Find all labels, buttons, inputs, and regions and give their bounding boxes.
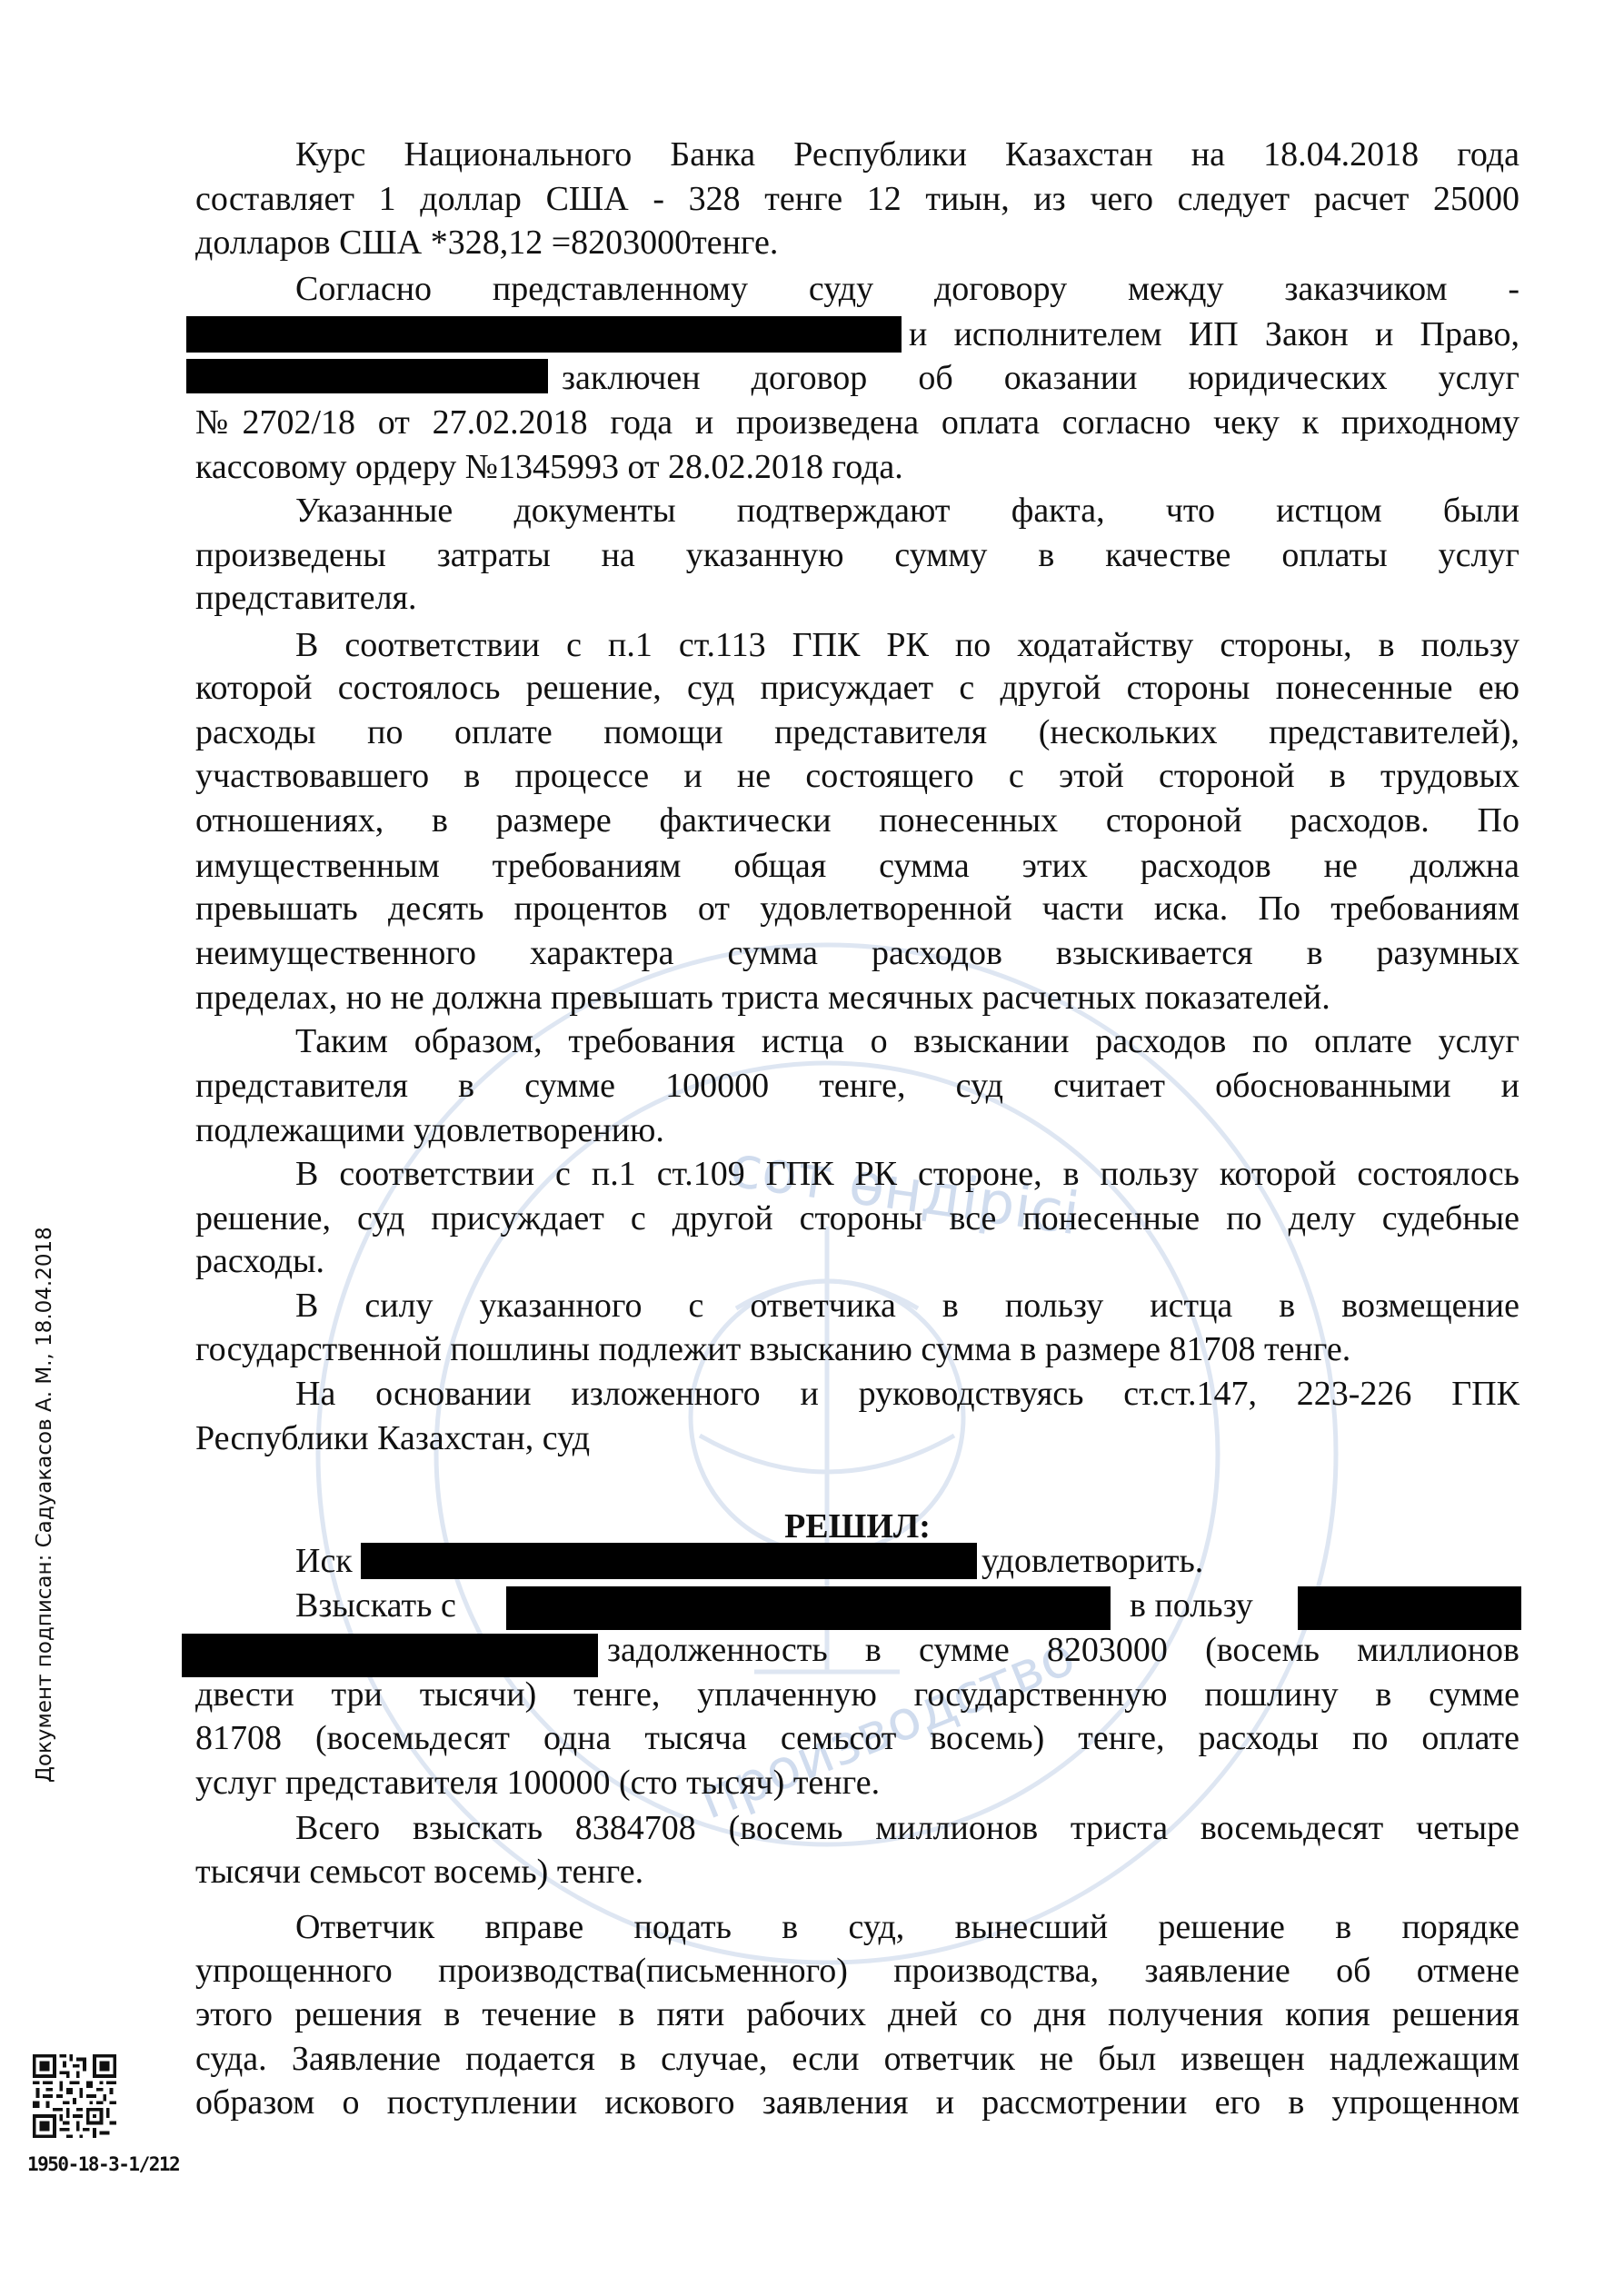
text-line: имущественным требованиям общая сумма эт… [195, 844, 1519, 888]
text-line: заключен договор об оказании юридических… [562, 356, 1519, 400]
text-line: В соответствии с п.1 ст.113 ГПК РК по хо… [295, 623, 1519, 667]
text-line: кассовому ордеру №1345993 от 28.02.2018 … [195, 445, 1519, 489]
text-line: Республики Казахстан, суд [195, 1416, 1519, 1460]
text-line: Курс Национального Банка Республики Каза… [295, 133, 1519, 176]
text-line: превышать десять процентов от удовлетвор… [195, 887, 1519, 930]
text-line: задолженность в сумме 8203000 (восемь ми… [607, 1628, 1519, 1672]
text-line: отношениях, в размере фактически понесен… [195, 799, 1519, 842]
text-line: Ответчик вправе подать в суд, вынесший р… [295, 1905, 1519, 1949]
text-line: представителя в сумме 100000 тенге, суд … [195, 1064, 1519, 1108]
text-line: Всего взыскать 8384708 (восемь миллионов… [295, 1806, 1519, 1850]
text-line: подлежащими удовлетворению. [195, 1108, 1519, 1152]
text-line: пределах, но не должна превышать триста … [195, 976, 1519, 1019]
text-line: представителя. [195, 576, 1519, 620]
text-line: этого решения в течение в пяти рабочих д… [195, 1993, 1519, 2036]
text-line: и исполнителем ИП Закон и Право, [909, 313, 1519, 356]
text-line: двести три тысячи) тенге, уплаченную гос… [195, 1673, 1519, 1716]
text-line: суда. Заявление подается в случае, если … [195, 2037, 1519, 2081]
text-line: государственной пошлины подлежит взыскан… [195, 1327, 1519, 1371]
claim-suffix: удовлетворить. [981, 1539, 1203, 1583]
decision-heading: РЕШИЛ: [195, 1505, 1519, 1548]
text-line: №2702/18 от 27.02.2018 года и произведен… [195, 401, 1519, 444]
redacted-defendant-name [506, 1586, 1111, 1630]
text-line: упрощенного производства(письменного) пр… [195, 1949, 1519, 1993]
text-line: Согласно представленному суду договору м… [295, 267, 1519, 311]
recover-prefix: Взыскать с [295, 1584, 456, 1627]
text-line: которой состоялось решение, суд присужда… [195, 666, 1519, 710]
text-line: образом о поступлении искового заявления… [195, 2081, 1519, 2124]
text-line: произведены затраты на указанную сумму в… [195, 533, 1519, 577]
text-line: расходы. [195, 1239, 1519, 1283]
redacted-plaintiff-name [1298, 1586, 1521, 1630]
qr-code-icon [33, 2054, 116, 2138]
text-line: долларов США *328,12 =8203000тенге. [195, 221, 1519, 264]
text-line: участвовавшего в процессе и не состоящег… [195, 754, 1519, 798]
claim-prefix: Иск [295, 1539, 353, 1583]
redacted-party-name [186, 316, 902, 353]
case-number: 1950-18-3-1/212 [27, 2153, 173, 2175]
recover-middle: в пользу [1130, 1584, 1253, 1627]
redacted-plaintiff-name [361, 1543, 977, 1579]
text-line: Таким образом, требования истца о взыска… [295, 1019, 1519, 1063]
text-line: составляет 1 доллар США - 328 тенге 12 т… [195, 177, 1519, 221]
text-line: В силу указанного с ответчика в пользу и… [295, 1284, 1519, 1327]
e-signature-note: Документ подписан: Садуакасов А. М., 18.… [31, 1247, 58, 1783]
text-line: неимущественного характера сумма расходо… [195, 931, 1519, 975]
text-line: тысячи семьсот восемь) тенге. [195, 1850, 1519, 1893]
text-line: решение, суд присуждает с другой стороны… [195, 1197, 1519, 1240]
text-line: Указанные документы подтверждают факта, … [295, 489, 1519, 532]
redacted-plaintiff-name [182, 1634, 598, 1677]
text-line: На основании изложенного и руководствуяс… [295, 1372, 1519, 1416]
text-line: услуг представителя 100000 (сто тысяч) т… [195, 1761, 1519, 1804]
text-line: 81708 (восемьдесят одна тысяча семьсот в… [195, 1716, 1519, 1760]
redacted-party-name [186, 359, 548, 393]
text-line: расходы по оплате помощи представителя (… [195, 711, 1519, 754]
document-page: сот өндірісі производство Курс Националь… [0, 0, 1624, 2296]
text-line: В соответствии с п.1 ст.109 ГПК РК сторо… [295, 1152, 1519, 1196]
